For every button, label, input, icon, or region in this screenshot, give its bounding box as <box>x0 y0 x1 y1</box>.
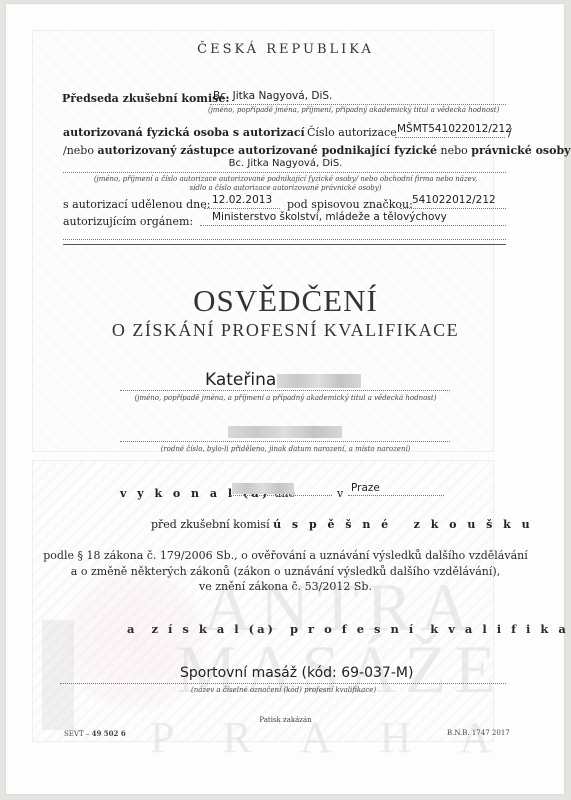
exam-prefix: před zkušební komisí <box>151 518 270 531</box>
auth-number-label: Číslo autorizace <box>307 126 397 139</box>
place-dotline <box>348 495 444 496</box>
chair-value: Bc. Jitka Nagyová, DiS. <box>213 90 332 102</box>
holder-surname-redacted <box>277 374 361 388</box>
holder-first-name: Kateřina <box>205 370 276 390</box>
watermark-bar <box>42 620 74 730</box>
auth-rep-dotline <box>63 172 506 173</box>
holder-note: (jméno, popřípadě jména, a příjmení a př… <box>0 394 571 402</box>
authority-label: autorizujícím orgánem: <box>63 215 193 228</box>
auth-person-label: autorizovaná fyzická osoba s autorizací <box>63 126 305 139</box>
chair-label: Předseda zkušební komise: <box>62 92 229 105</box>
print-reference: B.N.B. 1747 2017 <box>447 729 510 737</box>
auth-number-dotline <box>395 137 505 138</box>
file-value: 541022012/212 <box>412 194 496 206</box>
exam-line: před zkušební komisí ú s p ě š n é z k o… <box>151 518 533 531</box>
auth-rep-value: Bc. Jitka Nagyová, DiS. <box>0 158 571 169</box>
file-dotline <box>400 208 506 209</box>
auth-line2: /nebo autorizovaný zástupce autorizované… <box>63 144 571 157</box>
form-code-value: 49 502 6 <box>92 729 126 738</box>
law-line-1: podle § 18 zákona č. 179/2006 Sb., o ově… <box>0 549 571 562</box>
place-value: Praze <box>351 482 380 494</box>
place-prefix: v <box>337 487 343 500</box>
auth-number-slash: / <box>508 126 512 139</box>
qualification-dotline <box>60 683 506 684</box>
auth-line2-prefix: /nebo <box>63 144 94 157</box>
chair-note: (jméno, popřípadě jména, příjmení, přípa… <box>208 106 499 114</box>
birth-data-redacted <box>228 426 342 438</box>
certificate-title: OSVĚDČENÍ <box>0 283 571 319</box>
granted-value: 12.02.2013 <box>212 194 272 206</box>
blank-dotline <box>63 239 506 240</box>
certificate-subtitle: O ZÍSKÁNÍ PROFESNÍ KVALIFIKACE <box>0 320 571 341</box>
granted-label: s autorizací udělenou dne: <box>63 198 210 211</box>
authority-dotline <box>200 225 506 226</box>
qualification-note: (název a číselné označení (kód) profesní… <box>191 686 376 694</box>
auth-line2-bold1: autorizovaný zástupce autorizované podni… <box>97 144 437 157</box>
exam-result: ú s p ě š n é z k o u š k u <box>273 518 533 531</box>
section-divider <box>63 244 506 245</box>
authority-value: Ministerstvo školství, mládeže a tělovýc… <box>212 211 447 223</box>
law-line-3: ve znění zákona č. 53/2012 Sb. <box>0 580 571 593</box>
country-heading: ČESKÁ REPUBLIKA <box>0 42 571 57</box>
form-code: SEVT – 49 502 6 <box>64 729 126 738</box>
birth-dotline <box>120 441 450 442</box>
form-code-prefix: SEVT – <box>64 730 89 738</box>
auth-number-value: MŠMT541022012/212 <box>397 123 512 135</box>
date-dotline <box>230 495 332 496</box>
auth-line2-bold2: právnické osoby <box>471 144 570 157</box>
granted-dotline <box>204 208 280 209</box>
exam-date-redacted <box>232 483 294 494</box>
auth-rep-note-2: sídlo a číslo autorizace autorizované pr… <box>0 184 571 192</box>
law-line-2: a o změně některých zákonů (zákon o uzná… <box>0 565 571 578</box>
chair-dotline <box>210 104 506 105</box>
qualification-value: Sportovní masáž (kód: 69-037-M) <box>180 665 413 681</box>
auth-line2-mid: nebo <box>441 144 468 157</box>
obtained-label: a z í s k a l (a) p r o f e s n í k v a … <box>127 622 571 636</box>
reprint-notice: Patisk zakázán <box>0 716 571 724</box>
holder-dotline <box>120 390 450 391</box>
birth-note: (rodné číslo, bylo-li přiděleno, jinak d… <box>0 445 571 453</box>
file-label: pod spisovou značkou: <box>287 198 413 211</box>
auth-rep-note-1: (jméno, příjmení a číslo autorizace auto… <box>0 175 571 183</box>
